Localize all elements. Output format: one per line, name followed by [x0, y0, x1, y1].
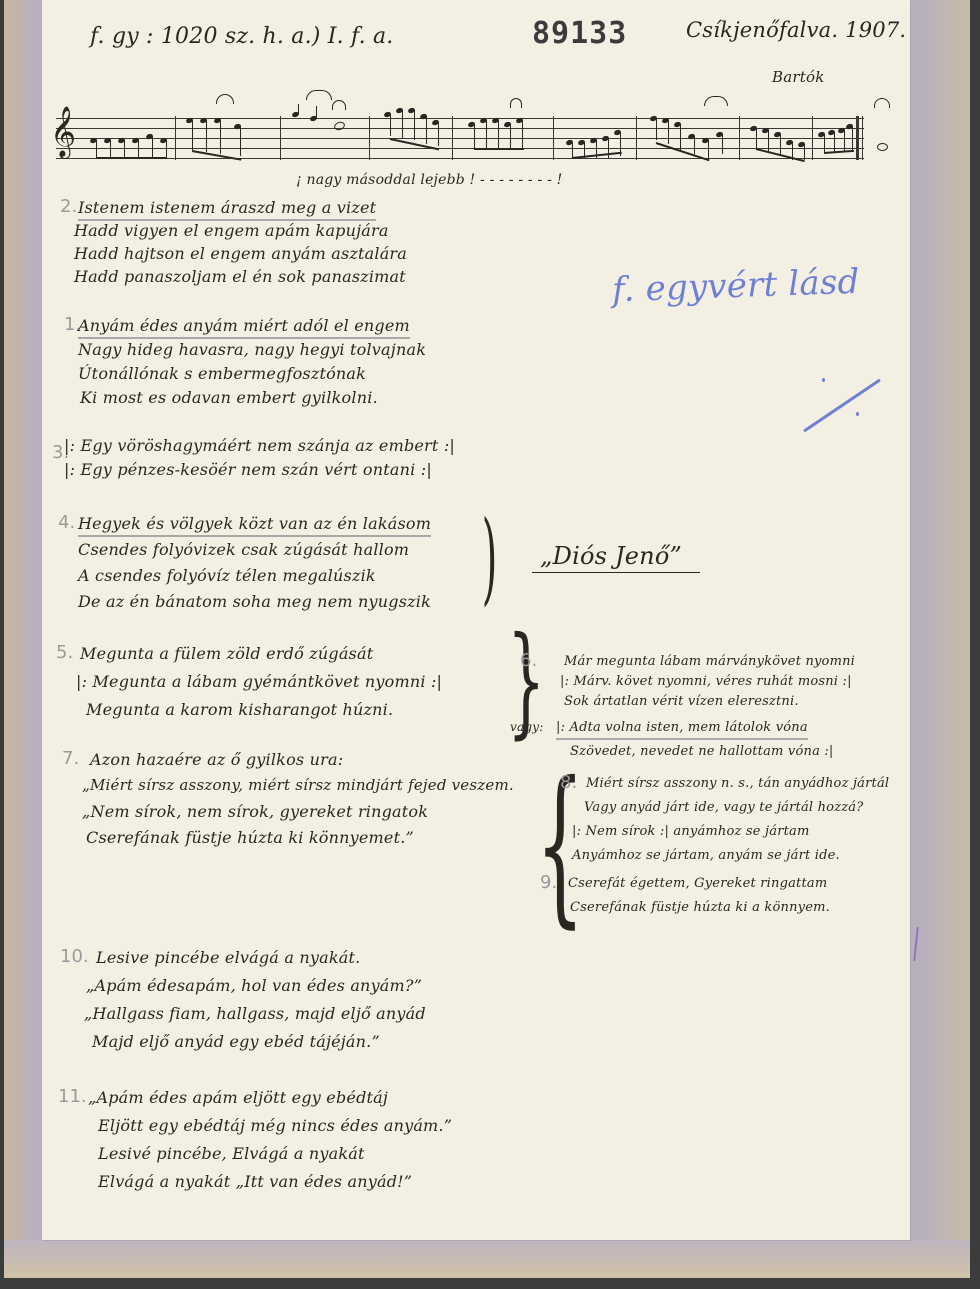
lyric-line: Istenem istenem áraszd meg a vizet: [78, 196, 376, 221]
mounting-board-bottom: [4, 1240, 970, 1278]
lyric-line: Eljött egy ebédtáj még nincs édes anyám.…: [98, 1114, 452, 1137]
lyric-line: Megunta a karom kisharangot húzni.: [86, 698, 393, 721]
lyric-line: |: Megunta a lábam gyémántkövet nyomni :…: [76, 670, 442, 693]
lyric-line: Lesivé pincébe, Elvágá a nyakát: [98, 1142, 365, 1165]
lyric-line: Csendes folyóvizek csak zúgását hallom: [78, 538, 409, 561]
transposition-note: ¡ nagy másoddal lejebb ! - - - - - - - -…: [296, 172, 563, 188]
lyric-line: „Apám édes apám eljött egy ebédtáj: [88, 1086, 388, 1109]
stanza-number: 10.: [60, 946, 89, 967]
lyric-line: Anyám édes anyám miért adól el engem: [78, 314, 410, 339]
lyric-line: „Hallgass fiam, hallgass, majd eljő anyá…: [84, 1002, 426, 1025]
final-half-note-icon: [877, 143, 888, 151]
music-staff: 𝄞: [56, 112, 864, 164]
lyric-line: „Nem sírok, nem sírok, gyereket ringatok: [82, 800, 428, 823]
lyric-line: Lesive pincébe elvágá a nyakát.: [96, 946, 360, 969]
lyric-line: Cserefát égettem, Gyereket ringattam: [568, 872, 827, 895]
lyric-line: Hadd panaszoljam el én sok panaszimat: [74, 265, 406, 288]
lyric-line: Anyámhoz se jártam, anyám se járt ide.: [572, 844, 840, 867]
variant-label: vagy:: [510, 720, 543, 734]
singer-name: „Diós Jenő”: [532, 542, 700, 573]
lyric-line: Ki most es odavan embert gyilkolni.: [80, 386, 378, 409]
treble-clef-icon: 𝄞: [50, 102, 76, 162]
lyric-line: „Apám édesapám, hol van édes anyám?”: [86, 974, 422, 997]
lyric-line: Hadd vigyen el engem apám kapujára: [74, 219, 389, 242]
lyric-line: |: Egy pénzes-kesöér nem szán vért ontan…: [64, 458, 432, 481]
lyric-line: Miért sírsz asszony n. s., tán anyádhoz …: [586, 772, 889, 795]
lyric-line: Cserefának füstje húzta ki a könnyem.: [570, 896, 830, 919]
lyric-line: Cserefának füstje húzta ki könnyemet.”: [86, 826, 414, 849]
lyric-line: |: Adta volna isten, mem látolok vóna: [556, 718, 808, 740]
lyric-line: |: Egy vöröshagymáért nem szánja az embe…: [64, 434, 455, 457]
archive-stamp-number: 89133: [532, 16, 627, 51]
lyric-line: Nagy hideg havasra, nagy hegyi tolvajnak: [78, 338, 426, 361]
lyric-line: Sok ártatlan vérit vízen eleresztni.: [564, 690, 799, 713]
lyric-line: Megunta a fülem zöld erdő zúgását: [80, 642, 373, 665]
place-and-year: Csíkjenőfalva. 1907.: [686, 18, 906, 42]
catalog-reference: f. gy : 1020 sz. h. a.) I. f. a.: [90, 24, 393, 49]
stanza-number: 6.: [520, 650, 537, 671]
lyric-line: Szövedet, nevedet ne hallottam vóna :|: [570, 740, 834, 763]
blue-dot-mark: [822, 378, 825, 382]
fermata-icon: [874, 98, 890, 108]
stanza-number: 2.: [60, 196, 77, 217]
lyric-line: Elvágá a nyakát „Itt van édes anyád!”: [98, 1170, 412, 1193]
lyric-line: Azon hazaére az ő gyilkos ura:: [90, 748, 343, 771]
lyric-line: De az én bánatom soha meg nem nyugszik: [78, 590, 431, 613]
blue-dot-mark: [856, 412, 859, 416]
stanza-number: 4.: [58, 512, 75, 533]
lyric-line: |: Nem sírok :| anyámhoz se jártam: [572, 820, 810, 843]
collector-signature: Bartók: [772, 68, 824, 86]
lyric-line: Hadd hajtson el engem anyám asztalára: [74, 242, 407, 265]
stanza-number: 9.: [540, 872, 557, 893]
lyric-line: Vagy anyád járt ide, vagy te jártál hozz…: [584, 796, 863, 819]
lyric-line: Útonállónak s embermegfosztónak: [78, 362, 366, 385]
lyric-line: A csendes folyóvíz télen megalúszik: [78, 564, 376, 587]
stanza-number: 7.: [62, 748, 79, 769]
stanza-number: 11.: [58, 1086, 87, 1107]
lyric-line: „Miért sírsz asszony, miért sírsz mindjá…: [82, 774, 514, 797]
lyric-line: Majd eljő anyád egy ebéd tájéján.”: [92, 1030, 380, 1053]
bracket-stanza-4: ): [482, 508, 498, 608]
lyric-line: Hegyek és völgyek közt van az én lakásom: [78, 512, 431, 537]
stanza-number: 5.: [56, 642, 73, 663]
stanza-number: 8.: [560, 772, 577, 793]
